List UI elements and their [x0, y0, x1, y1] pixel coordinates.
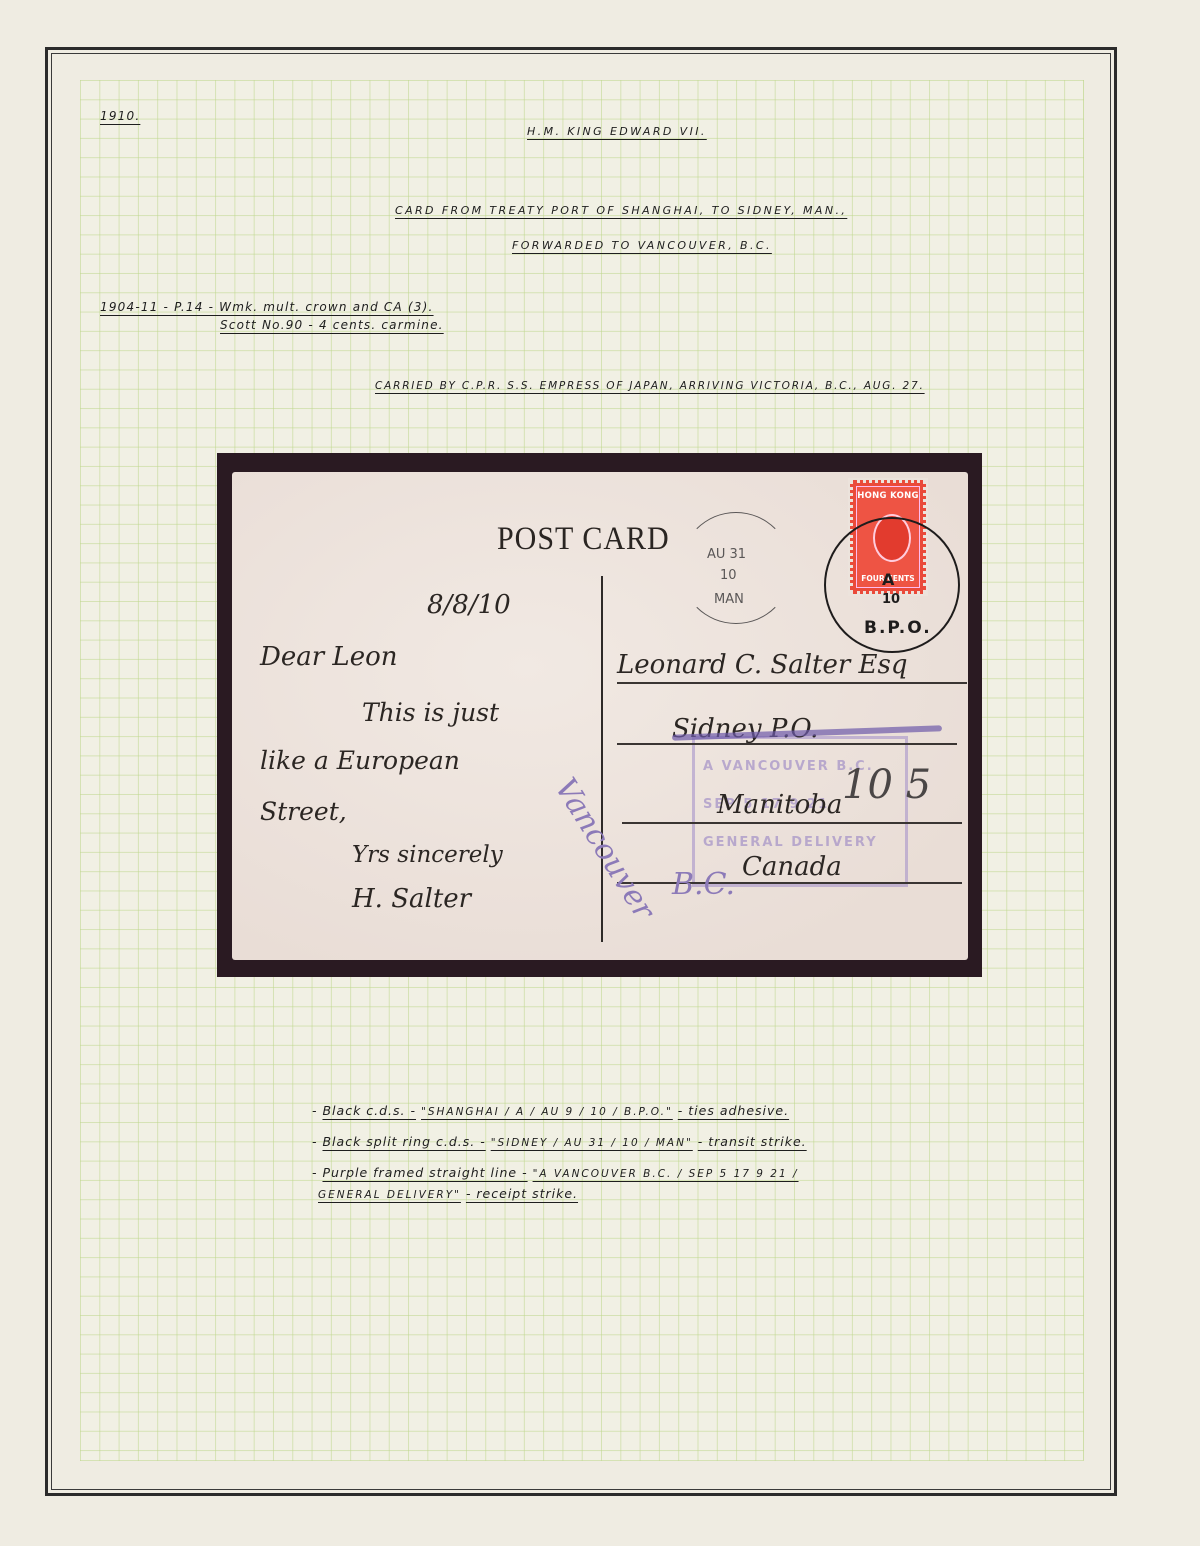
- message-salutation: Dear Leon: [260, 642, 397, 672]
- page-year: 1910.: [100, 109, 140, 123]
- message-line-1: This is just: [362, 698, 499, 727]
- page-title: H.M. King Edward VII.: [527, 125, 707, 138]
- message-signature: H. Salter: [352, 884, 471, 914]
- date-note: 8/8/10: [427, 590, 511, 620]
- page-subtitle-2: Forwarded to Vancouver, B.C.: [512, 239, 772, 252]
- postmark-notes: - Black c.d.s. - "SHANGHAI / A / AU 9 / …: [312, 1096, 807, 1210]
- address-line-1: Leonard C. Salter Esq: [617, 650, 908, 680]
- address-rule-3: [622, 822, 962, 824]
- note-item: - Black split ring c.d.s. - "SIDNEY / AU…: [312, 1127, 807, 1158]
- address-line-4: Canada: [742, 852, 842, 882]
- postcard: POST CARD 8/8/10 Dear Leon This is just …: [232, 472, 968, 960]
- carried-by-note: Carried by C.P.R. S.S. Empress of Japan,…: [375, 380, 925, 392]
- address-line-3: Manitoba: [717, 790, 842, 820]
- issue-description-2: Scott No.90 - 4 cents. carmine.: [220, 318, 444, 332]
- redirect-bc: B.C.: [672, 867, 735, 902]
- page-subtitle-1: Card from Treaty Port of Shanghai, to Si…: [395, 204, 847, 217]
- card-divider: [601, 576, 603, 942]
- note-item: - Black c.d.s. - "SHANGHAI / A / AU 9 / …: [312, 1096, 807, 1127]
- issue-description-1: 1904-11 - P.14 - Wmk. mult. crown and CA…: [100, 300, 434, 314]
- message-closing: Yrs sincerely: [352, 842, 503, 868]
- postcard-heading: POST CARD: [497, 520, 670, 557]
- pencil-mark: 10 5: [842, 762, 931, 808]
- message-line-3: Street,: [260, 797, 347, 826]
- address-rule-1: [617, 682, 967, 684]
- address-rule-4: [617, 882, 962, 884]
- address-rule-2: [617, 743, 957, 745]
- message-line-2: like a European: [260, 746, 460, 775]
- redirect-vancouver: Vancouver: [547, 772, 661, 926]
